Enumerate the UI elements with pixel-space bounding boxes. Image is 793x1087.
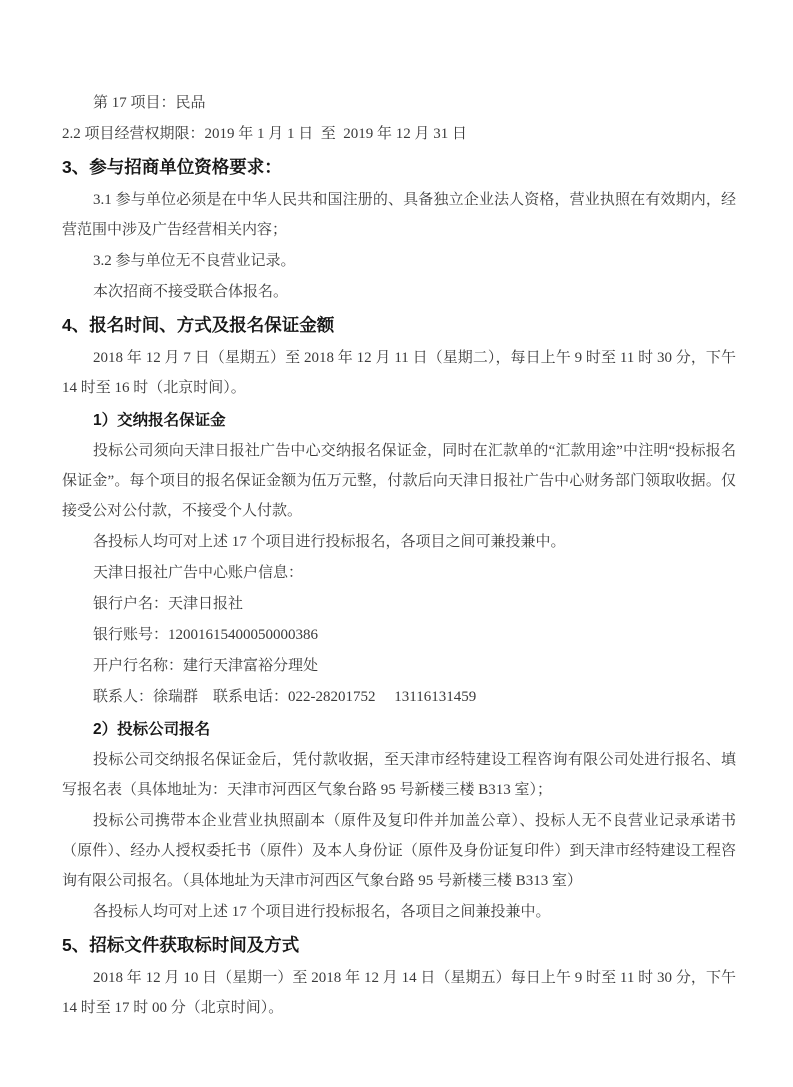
para-deposit-details: 投标公司须向天津日报社广告中心交纳报名保证金，同时在汇款单的“汇款用途”中注明“… [62, 436, 736, 526]
line-project-17: 第 17 项目：民品 [62, 88, 736, 118]
para-registration-procedure: 投标公司交纳报名保证金后，凭付款收据，至天津市经特建设工程咨询有限公司处进行报名… [62, 745, 736, 805]
para-document-obtain-time: 2018 年 12 月 10 日（星期一）至 2018 年 12 月 14 日（… [62, 963, 736, 1023]
document-page: 第 17 项目：民品 2.2 项目经营权期限：2019 年 1 月 1 日 至 … [0, 0, 793, 1087]
line-bank-branch: 开户行名称：建行天津富裕分理处 [62, 651, 736, 681]
para-3-1-qualification: 3.1 参与单位必须是在中华人民共和国注册的、具备独立企业法人资格，营业执照在有… [62, 185, 736, 245]
line-account-info-title: 天津日报社广告中心账户信息： [62, 558, 736, 588]
line-bank-account-name: 银行户名：天津日报社 [62, 589, 736, 619]
heading-section-3: 3、参与招商单位资格要求： [62, 151, 736, 183]
para-3-2-no-bad-record: 3.2 参与单位无不良营业记录。 [62, 246, 736, 276]
subheading-company-registration: 2）投标公司报名 [62, 715, 736, 745]
para-required-documents: 投标公司携带本企业营业执照副本（原件及复印件并加盖公章）、投标人无不良营业记录承… [62, 806, 736, 896]
line-operating-period: 2.2 项目经营权期限：2019 年 1 月 1 日 至 2019 年 12 月… [62, 119, 736, 149]
heading-section-5: 5、招标文件获取标时间及方式 [62, 929, 736, 961]
line-bank-account-number: 银行账号：12001615400050000386 [62, 620, 736, 650]
para-no-consortium: 本次招商不接受联合体报名。 [62, 277, 736, 307]
heading-section-4: 4、报名时间、方式及报名保证金额 [62, 309, 736, 341]
para-17-projects-first: 各投标人均可对上述 17 个项目进行投标报名，各项目之间可兼投兼中。 [62, 527, 736, 557]
line-contact-info: 联系人：徐瑞群 联系电话：022-28201752 13116131459 [62, 682, 736, 712]
para-17-projects-second: 各投标人均可对上述 17 个项目进行投标报名，各项目之间兼投兼中。 [62, 897, 736, 927]
subheading-pay-deposit: 1）交纳报名保证金 [62, 406, 736, 436]
para-registration-time: 2018 年 12 月 7 日（星期五）至 2018 年 12 月 11 日（星… [62, 343, 736, 403]
